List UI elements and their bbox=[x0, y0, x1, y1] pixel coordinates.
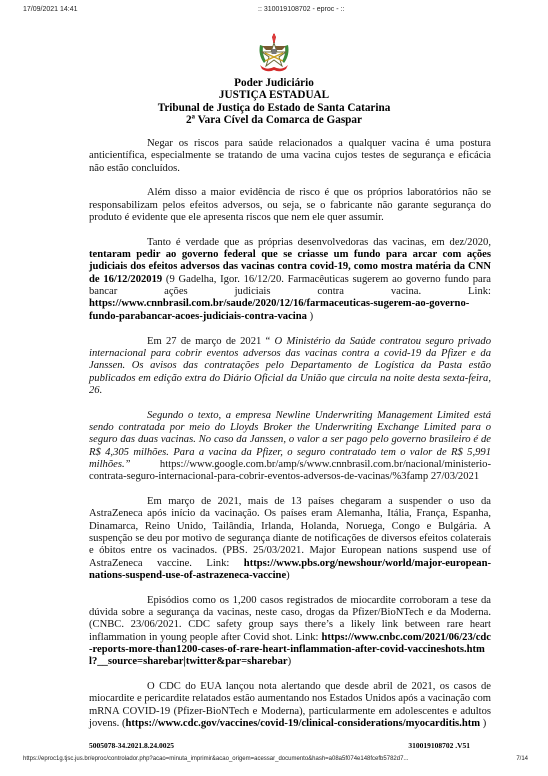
document-body: Negar os riscos para saúde relacionados … bbox=[89, 138, 491, 743]
print-header: 17/09/2021 14:41 :: 310019108702 - eproc… bbox=[0, 0, 548, 20]
process-number: 5005078-34.2021.8.24.0025 bbox=[89, 741, 174, 750]
letterhead-line-1: Poder Judiciário bbox=[0, 77, 548, 89]
coat-of-arms-icon bbox=[254, 31, 294, 73]
page-number: 7/14 bbox=[516, 756, 528, 762]
letterhead-line-3: Tribunal de Justiça do Estado de Santa C… bbox=[0, 102, 548, 114]
p3-close: ) bbox=[307, 311, 313, 322]
document-id: 310019108702 .V51 bbox=[408, 741, 470, 750]
paragraph-8: O CDC do EUA lançou nota alertando que d… bbox=[89, 681, 491, 730]
paragraph-4: Em 27 de março de 2021 “ O Ministério da… bbox=[89, 336, 491, 398]
letterhead-line-2: JUSTIÇA ESTADUAL bbox=[0, 89, 548, 101]
p3-link[interactable]: https://www.cnnbrasil.com.br/saude/2020/… bbox=[89, 298, 469, 321]
p3-intro: Tanto é verdade que as próprias desenvol… bbox=[147, 237, 491, 248]
paragraph-5: Segundo o texto, a empresa Newline Under… bbox=[89, 410, 491, 484]
p7-close: ) bbox=[288, 656, 292, 667]
letterhead: Poder Judiciário JUSTIÇA ESTADUAL Tribun… bbox=[0, 77, 548, 127]
print-title: :: 310019108702 - eproc - :: bbox=[258, 6, 344, 13]
paragraph-3: Tanto é verdade que as próprias desenvol… bbox=[89, 237, 491, 323]
p4-intro: Em 27 de março de 2021 “ bbox=[147, 336, 275, 347]
p8-close: ) bbox=[480, 718, 486, 729]
print-url: https://eproc1g.tjsc.jus.br/eproc/contro… bbox=[23, 756, 408, 762]
p5-source[interactable]: https://www.google.com.br/amp/s/www.cnnb… bbox=[89, 459, 491, 482]
paragraph-6: Em março de 2021, mais de 13 países cheg… bbox=[89, 496, 491, 582]
paragraph-2: Além disso a maior evidência de risco é … bbox=[89, 187, 491, 224]
paragraph-7: Episódios como os 1,200 casos registrado… bbox=[89, 595, 491, 669]
p6-close: ) bbox=[286, 570, 290, 581]
print-datetime: 17/09/2021 14:41 bbox=[23, 6, 78, 13]
p8-link[interactable]: https://www.cdc.gov/vaccines/covid-19/cl… bbox=[125, 718, 480, 729]
letterhead-line-4: 2ª Vara Cível da Comarca de Gaspar bbox=[0, 114, 548, 126]
paragraph-1: Negar os riscos para saúde relacionados … bbox=[89, 138, 491, 175]
